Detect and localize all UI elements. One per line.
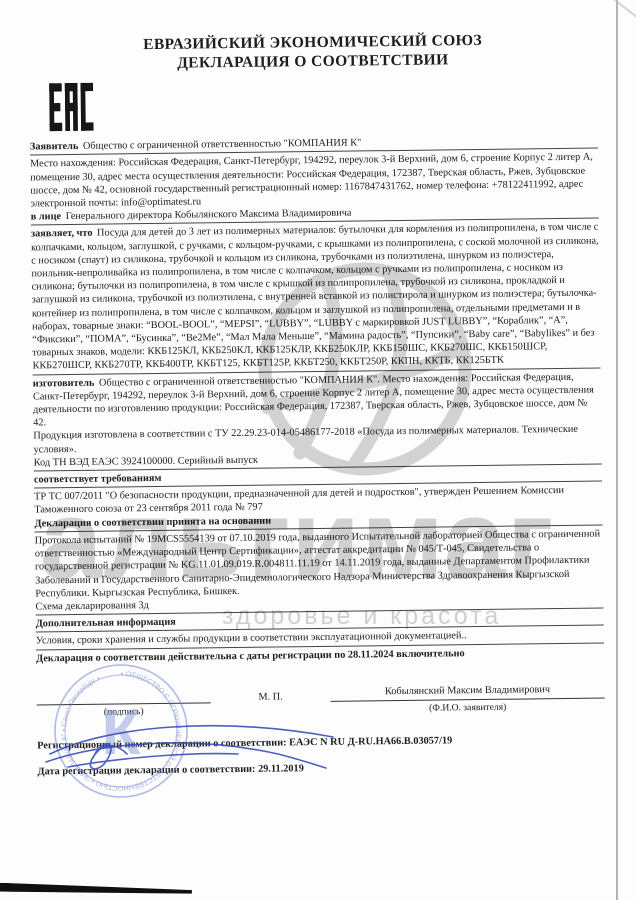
manufacturer-text: Общество с ограниченной ответственностью… — [33, 372, 594, 429]
location-line: Место нахождения: Российская Федерация, … — [30, 151, 599, 211]
scan-edge-line — [616, 0, 618, 900]
declares-text: Посуда для детей до 3 лет из полимерных … — [31, 222, 599, 372]
page-title: ЕВРАЗИЙСКИЙ ЭКОНОМИЧЕСКИЙ СОЮЗ ДЕКЛАРАЦИ… — [29, 31, 597, 75]
fio-field: Кобылянский Максим Владимирович (Ф.И.О. … — [330, 682, 604, 716]
manufacturer-label: изготовитель — [33, 377, 95, 389]
eac-logo-icon — [49, 83, 94, 132]
applicant-text: Общество с ограниченной ответственностью… — [83, 138, 361, 152]
declares-line: заявляет, что Посуда для детей до 3 лет … — [31, 221, 601, 375]
fio-caption: (Ф.И.О. заявителя) — [331, 698, 605, 716]
handwritten-signature — [38, 692, 348, 787]
declares-label: заявляет, что — [31, 228, 93, 240]
in-person-text: Генерального директора Кобылянского Макс… — [66, 208, 352, 222]
basis-text: Протокола испытаний № 19MCS5554139 от 07… — [35, 527, 604, 600]
location-label: Место нахождения: — [30, 158, 116, 170]
scanner-dark-mark — [0, 883, 192, 897]
scanned-declaration-page: ЕВРАЗИЙСКИЙ ЭКОНОМИЧЕСКИЙ СОЮЗ ДЕКЛАРАЦИ… — [0, 0, 636, 900]
applicant-label: Заявитель — [30, 141, 79, 153]
manufacturer-line: изготовитель Общество с ограниченной отв… — [33, 370, 602, 430]
in-person-label: в лице — [31, 211, 61, 222]
